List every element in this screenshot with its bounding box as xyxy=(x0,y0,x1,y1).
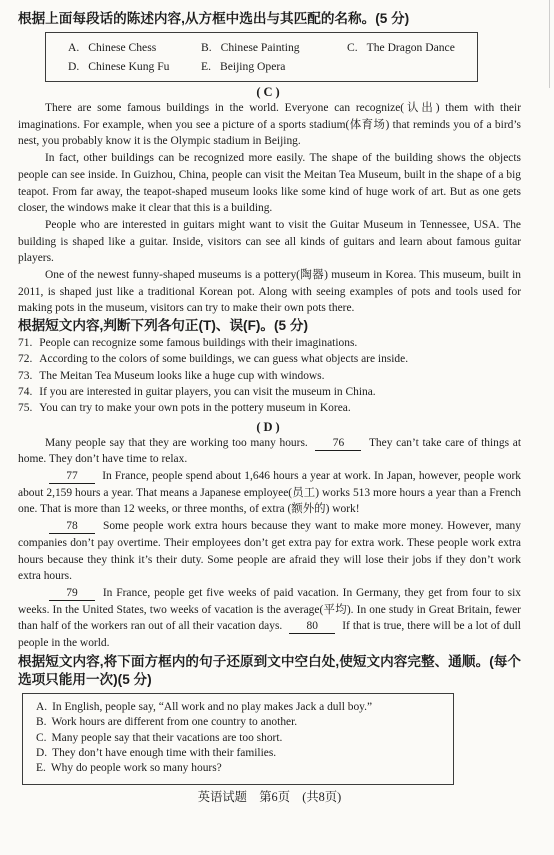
tf-question-72: 72.According to the colors of some build… xyxy=(18,351,521,367)
match-option-b: B.Chinese Painting xyxy=(201,38,347,57)
restore-option-a: A.In English, people say, “All work and … xyxy=(36,700,443,715)
restore-option-d: D.They don’t have enough time with their… xyxy=(36,746,443,761)
page-footer: 英语试题 第6页 (共8页) xyxy=(18,789,521,805)
blank-78: 78 xyxy=(49,520,95,534)
option-text: Chinese Painting xyxy=(221,41,300,54)
exam-page: 根据上面每段话的陈述内容,从方框中选出与其匹配的名称。(5 分) A.Chine… xyxy=(0,0,554,855)
option-letter: A. xyxy=(68,41,79,54)
match-instruction: 根据上面每段话的陈述内容,从方框中选出与其匹配的名称。(5 分) xyxy=(18,10,521,28)
tf-question-75: 75.You can try to make your own pots in … xyxy=(18,400,521,416)
passage-c-heading: (C) xyxy=(18,84,521,100)
option-text: Beijing Opera xyxy=(220,60,285,73)
passage-d-paragraph-2: 77 In France, people spend about 1,646 h… xyxy=(18,468,521,518)
option-letter: C. xyxy=(347,41,358,54)
option-text: Work hours are different from one countr… xyxy=(52,716,298,728)
paragraph-text: Many people say that they are working to… xyxy=(45,437,308,449)
passage-d-paragraph-4: 79 In France, people get five weeks of p… xyxy=(18,585,521,652)
option-letter: C. xyxy=(36,732,47,744)
question-text: You can try to make your own pots in the… xyxy=(39,402,350,414)
restore-instruction: 根据短文内容,将下面方框内的句子还原到文中空白处,使短文内容完整、通顺。(每个选… xyxy=(18,653,521,690)
passage-d-paragraph-3: 78 Some people work extra hours because … xyxy=(18,518,521,585)
restore-option-c: C.Many people say that their vacations a… xyxy=(36,731,443,746)
blank-80: 80 xyxy=(289,620,335,634)
question-number: 71. xyxy=(18,337,32,349)
option-text: Many people say that their vacations are… xyxy=(52,732,283,744)
option-text: In English, people say, “All work and no… xyxy=(52,701,372,713)
passage-d-paragraph-1: Many people say that they are working to… xyxy=(18,435,521,468)
passage-c-paragraph-2: In fact, other buildings can be recogniz… xyxy=(18,150,521,217)
restore-options-box: A.In English, people say, “All work and … xyxy=(22,693,454,785)
match-option-c: C.The Dragon Dance xyxy=(347,38,469,57)
restore-option-b: B.Work hours are different from one coun… xyxy=(36,715,443,730)
passage-c-paragraph-1: There are some famous buildings in the w… xyxy=(18,100,521,150)
blank-77: 77 xyxy=(49,470,95,484)
option-text: They don’t have enough time with their f… xyxy=(52,747,276,759)
option-letter: D. xyxy=(68,60,79,73)
scan-edge-artifact xyxy=(549,0,550,88)
tf-question-74: 74.If you are interested in guitar playe… xyxy=(18,384,521,400)
match-option-a: A.Chinese Chess xyxy=(68,38,201,57)
question-text: People can recognize some famous buildin… xyxy=(39,337,357,349)
question-text: If you are interested in guitar players,… xyxy=(39,386,375,398)
option-text: Chinese Kung Fu xyxy=(88,60,169,73)
match-options-row-1: A.Chinese Chess B.Chinese Painting C.The… xyxy=(68,38,469,57)
tf-question-71: 71.People can recognize some famous buil… xyxy=(18,335,521,351)
true-false-instruction: 根据短文内容,判断下列各句正(T)、误(F)。(5 分) xyxy=(18,317,521,335)
option-letter: B. xyxy=(36,716,47,728)
match-option-e: E.Beijing Opera xyxy=(201,57,347,76)
question-text: The Meitan Tea Museum looks like a huge … xyxy=(39,370,324,382)
question-number: 72. xyxy=(18,353,32,365)
match-options-spacer xyxy=(347,57,469,76)
blank-76: 76 xyxy=(315,437,361,451)
option-letter: B. xyxy=(201,41,212,54)
option-letter: E. xyxy=(201,60,211,73)
option-text: Why do people work so many hours? xyxy=(51,762,222,774)
page-content: 根据上面每段话的陈述内容,从方框中选出与其匹配的名称。(5 分) A.Chine… xyxy=(18,10,521,805)
passage-c-paragraph-3: People who are interested in guitars mig… xyxy=(18,217,521,267)
option-letter: E. xyxy=(36,762,46,774)
passage-d-heading: (D) xyxy=(18,419,521,435)
match-options-row-2: D.Chinese Kung Fu E.Beijing Opera xyxy=(68,57,469,76)
option-letter: A. xyxy=(36,701,47,713)
blank-79: 79 xyxy=(49,587,95,601)
option-text: Chinese Chess xyxy=(88,41,156,54)
question-number: 73. xyxy=(18,370,32,382)
option-letter: D. xyxy=(36,747,47,759)
question-text: According to the colors of some building… xyxy=(39,353,408,365)
tf-question-73: 73.The Meitan Tea Museum looks like a hu… xyxy=(18,368,521,384)
option-text: The Dragon Dance xyxy=(367,41,455,54)
match-options-box: A.Chinese Chess B.Chinese Painting C.The… xyxy=(45,32,478,82)
match-option-d: D.Chinese Kung Fu xyxy=(68,57,201,76)
restore-option-e: E.Why do people work so many hours? xyxy=(36,761,443,776)
question-number: 75. xyxy=(18,402,32,414)
question-number: 74. xyxy=(18,386,32,398)
passage-c-paragraph-4: One of the newest funny-shaped museums i… xyxy=(18,267,521,317)
